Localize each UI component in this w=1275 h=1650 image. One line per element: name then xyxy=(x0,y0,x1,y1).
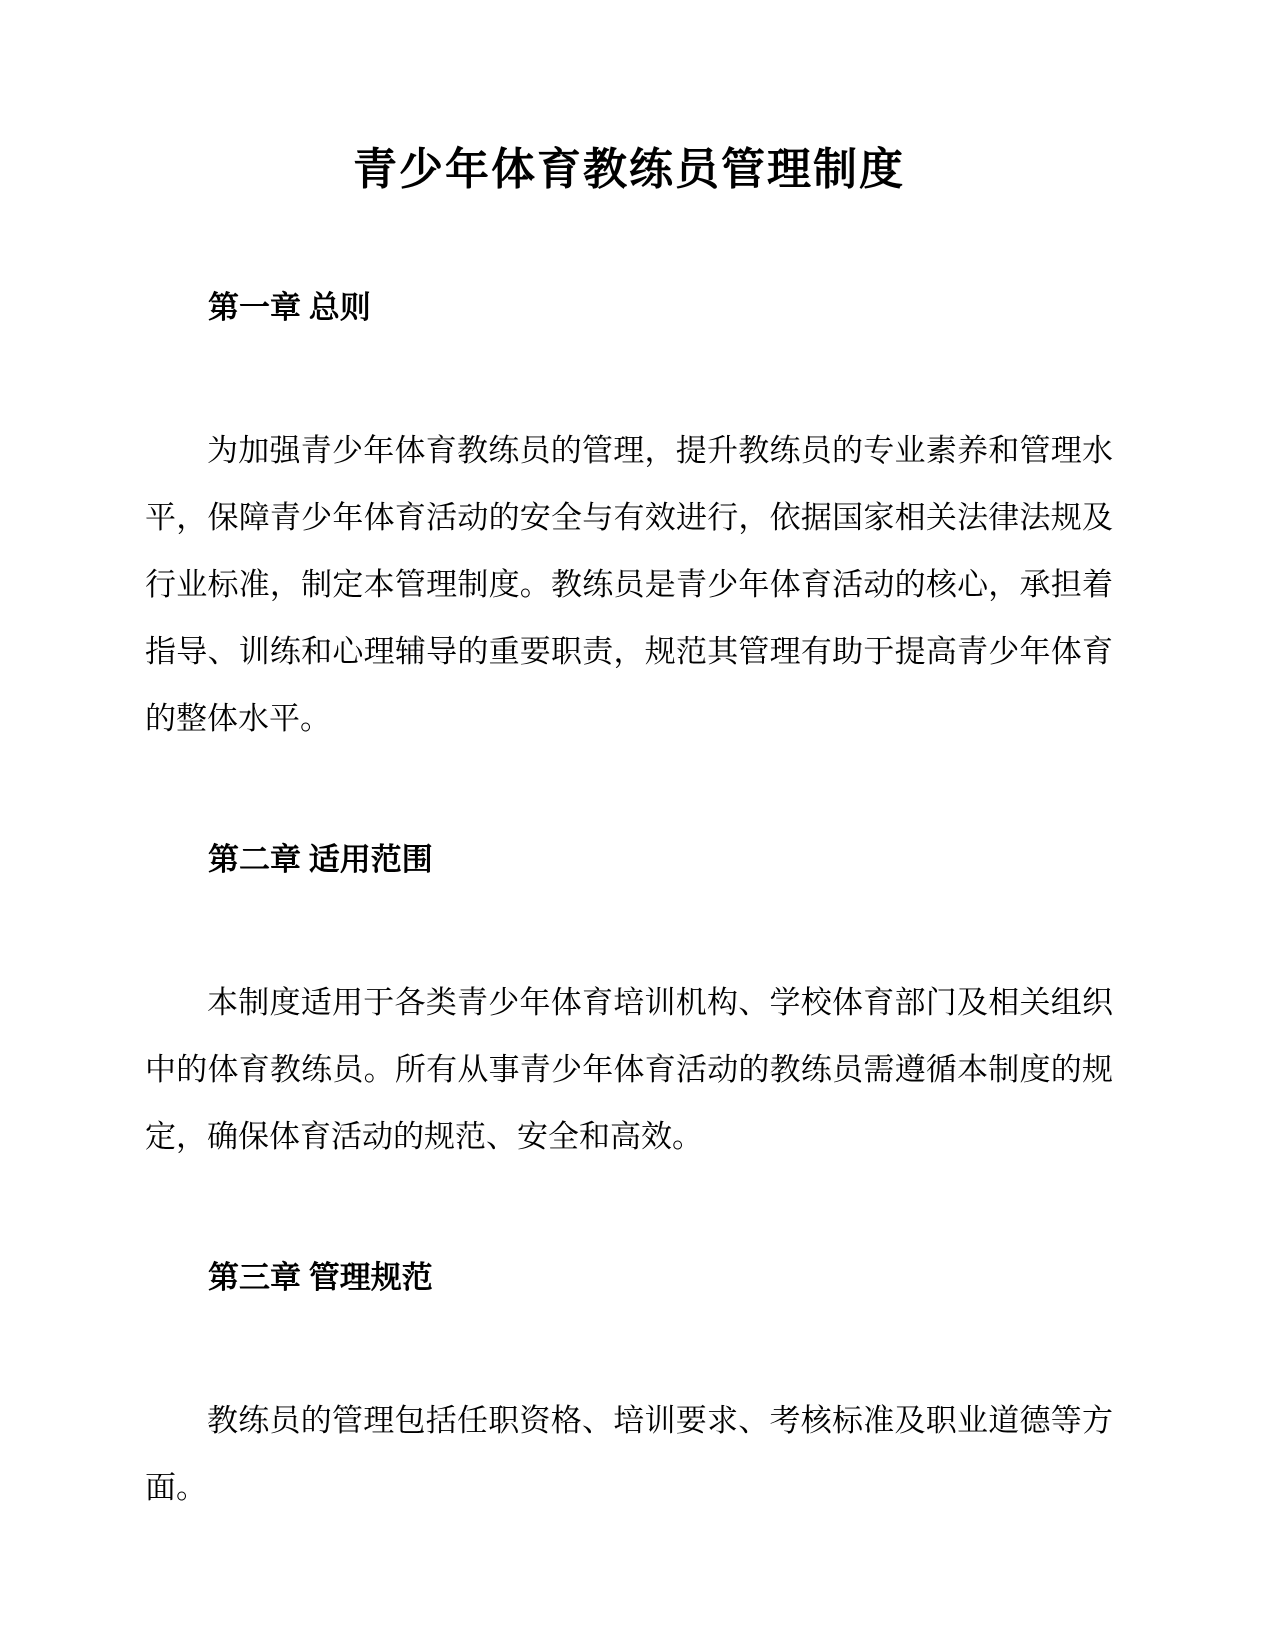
chapter-2-paragraph: 本制度适用于各类青少年体育培训机构、学校体育部门及相关组织中的体育教练员。所有从… xyxy=(145,969,1113,1170)
document-title: 青少年体育教练员管理制度 xyxy=(145,140,1113,200)
chapter-3-paragraph: 教练员的管理包括任职资格、培训要求、考核标准及职业道德等方面。 xyxy=(145,1387,1113,1521)
document-page: 青少年体育教练员管理制度 第一章 总则 为加强青少年体育教练员的管理，提升教练员… xyxy=(0,0,1275,1650)
chapter-1-paragraph: 为加强青少年体育教练员的管理，提升教练员的专业素养和管理水平，保障青少年体育活动… xyxy=(145,417,1113,752)
chapter-1-heading: 第一章 总则 xyxy=(145,274,1113,341)
document-content: 青少年体育教练员管理制度 第一章 总则 为加强青少年体育教练员的管理，提升教练员… xyxy=(0,140,1275,1521)
chapter-3-heading: 第三章 管理规范 xyxy=(145,1244,1113,1311)
chapter-2-heading: 第二章 适用范围 xyxy=(145,826,1113,893)
